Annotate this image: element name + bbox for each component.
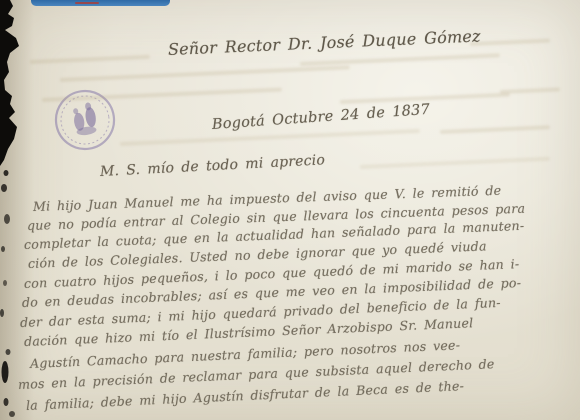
bleedthrough-mark (470, 39, 550, 46)
bleedthrough-mark (440, 125, 550, 134)
bleedthrough-mark (120, 129, 420, 146)
cropped-blue-control[interactable] (31, 0, 170, 6)
bleedthrough-mark (300, 53, 500, 66)
cropped-control-accent (75, 2, 99, 4)
date-line: Bogotá Octubre 24 de 1837 (211, 102, 430, 133)
bleedthrough-mark (360, 157, 550, 169)
salutation-line: M. S. mío de todo mi aprecio (100, 152, 326, 180)
bleedthrough-mark (500, 87, 560, 94)
recipient-line: Señor Rector Dr. José Duque Gómez (168, 26, 481, 59)
scanned-letter-page: Señor Rector Dr. José Duque Gómez Bogotá… (0, 0, 580, 420)
bleedthrough-mark (60, 65, 350, 82)
bleedthrough-mark (30, 55, 150, 64)
archive-ink-seal (45, 80, 124, 159)
